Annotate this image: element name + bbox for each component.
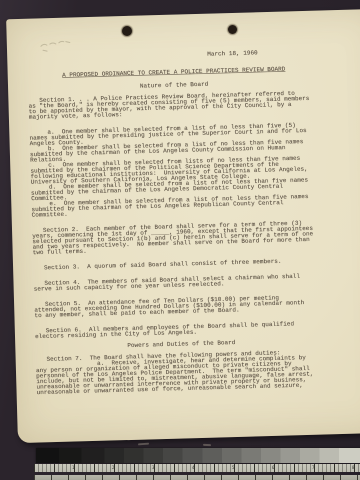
powers-heading: Powers and Duties of the Board (35, 337, 327, 351)
film-scan-frame: March 18, 1960 A PROPOSED ORDINANCE TO C… (0, 0, 360, 480)
ruler-number: 7 (312, 465, 314, 471)
bottom-ruler-strip (34, 475, 360, 480)
ruler-number: 5 (232, 465, 234, 471)
punch-hole-right (228, 25, 237, 34)
film-scratch (203, 444, 211, 446)
document-title: A PROPOSED ORDINANCE TO CREATE A POLICE … (28, 66, 320, 80)
ruler-strip: 1 2 3 4 5 6 7 8 (34, 464, 360, 472)
section-2-paragraph: Section 2. Each member of the Board shal… (32, 220, 325, 256)
section-6-paragraph: Section 6. All members and employees of … (35, 320, 327, 339)
section-7-item-a: a. Receive, investigate, hear and determ… (36, 354, 329, 395)
ruler-number: 1 (72, 465, 74, 471)
ruler-number: 6 (272, 465, 274, 471)
ruler-number: 4 (192, 465, 194, 471)
ruler-number: 2 (112, 465, 114, 471)
document-text-area: March 18, 1960 A PROPOSED ORDINANCE TO C… (27, 49, 329, 417)
ruler-number: 3 (152, 465, 154, 471)
grayscale-step-wedge (36, 448, 360, 463)
ruler-number: 8 (352, 465, 354, 471)
paper-page: March 18, 1960 A PROPOSED ORDINANCE TO C… (6, 9, 360, 443)
punch-hole-left (122, 26, 132, 36)
section-5-paragraph: Section 5. An attendance fee of Ten Doll… (34, 294, 326, 319)
section-1-paragraph: Section 1. . . A Police Practices Review… (28, 90, 321, 120)
section-3-paragraph: Section 3. A quorum of said Board shall … (33, 257, 325, 271)
pencil-marks (37, 37, 77, 56)
section-4-paragraph: Section 4. The members of said Board sha… (33, 273, 325, 292)
film-scratch (138, 443, 149, 446)
